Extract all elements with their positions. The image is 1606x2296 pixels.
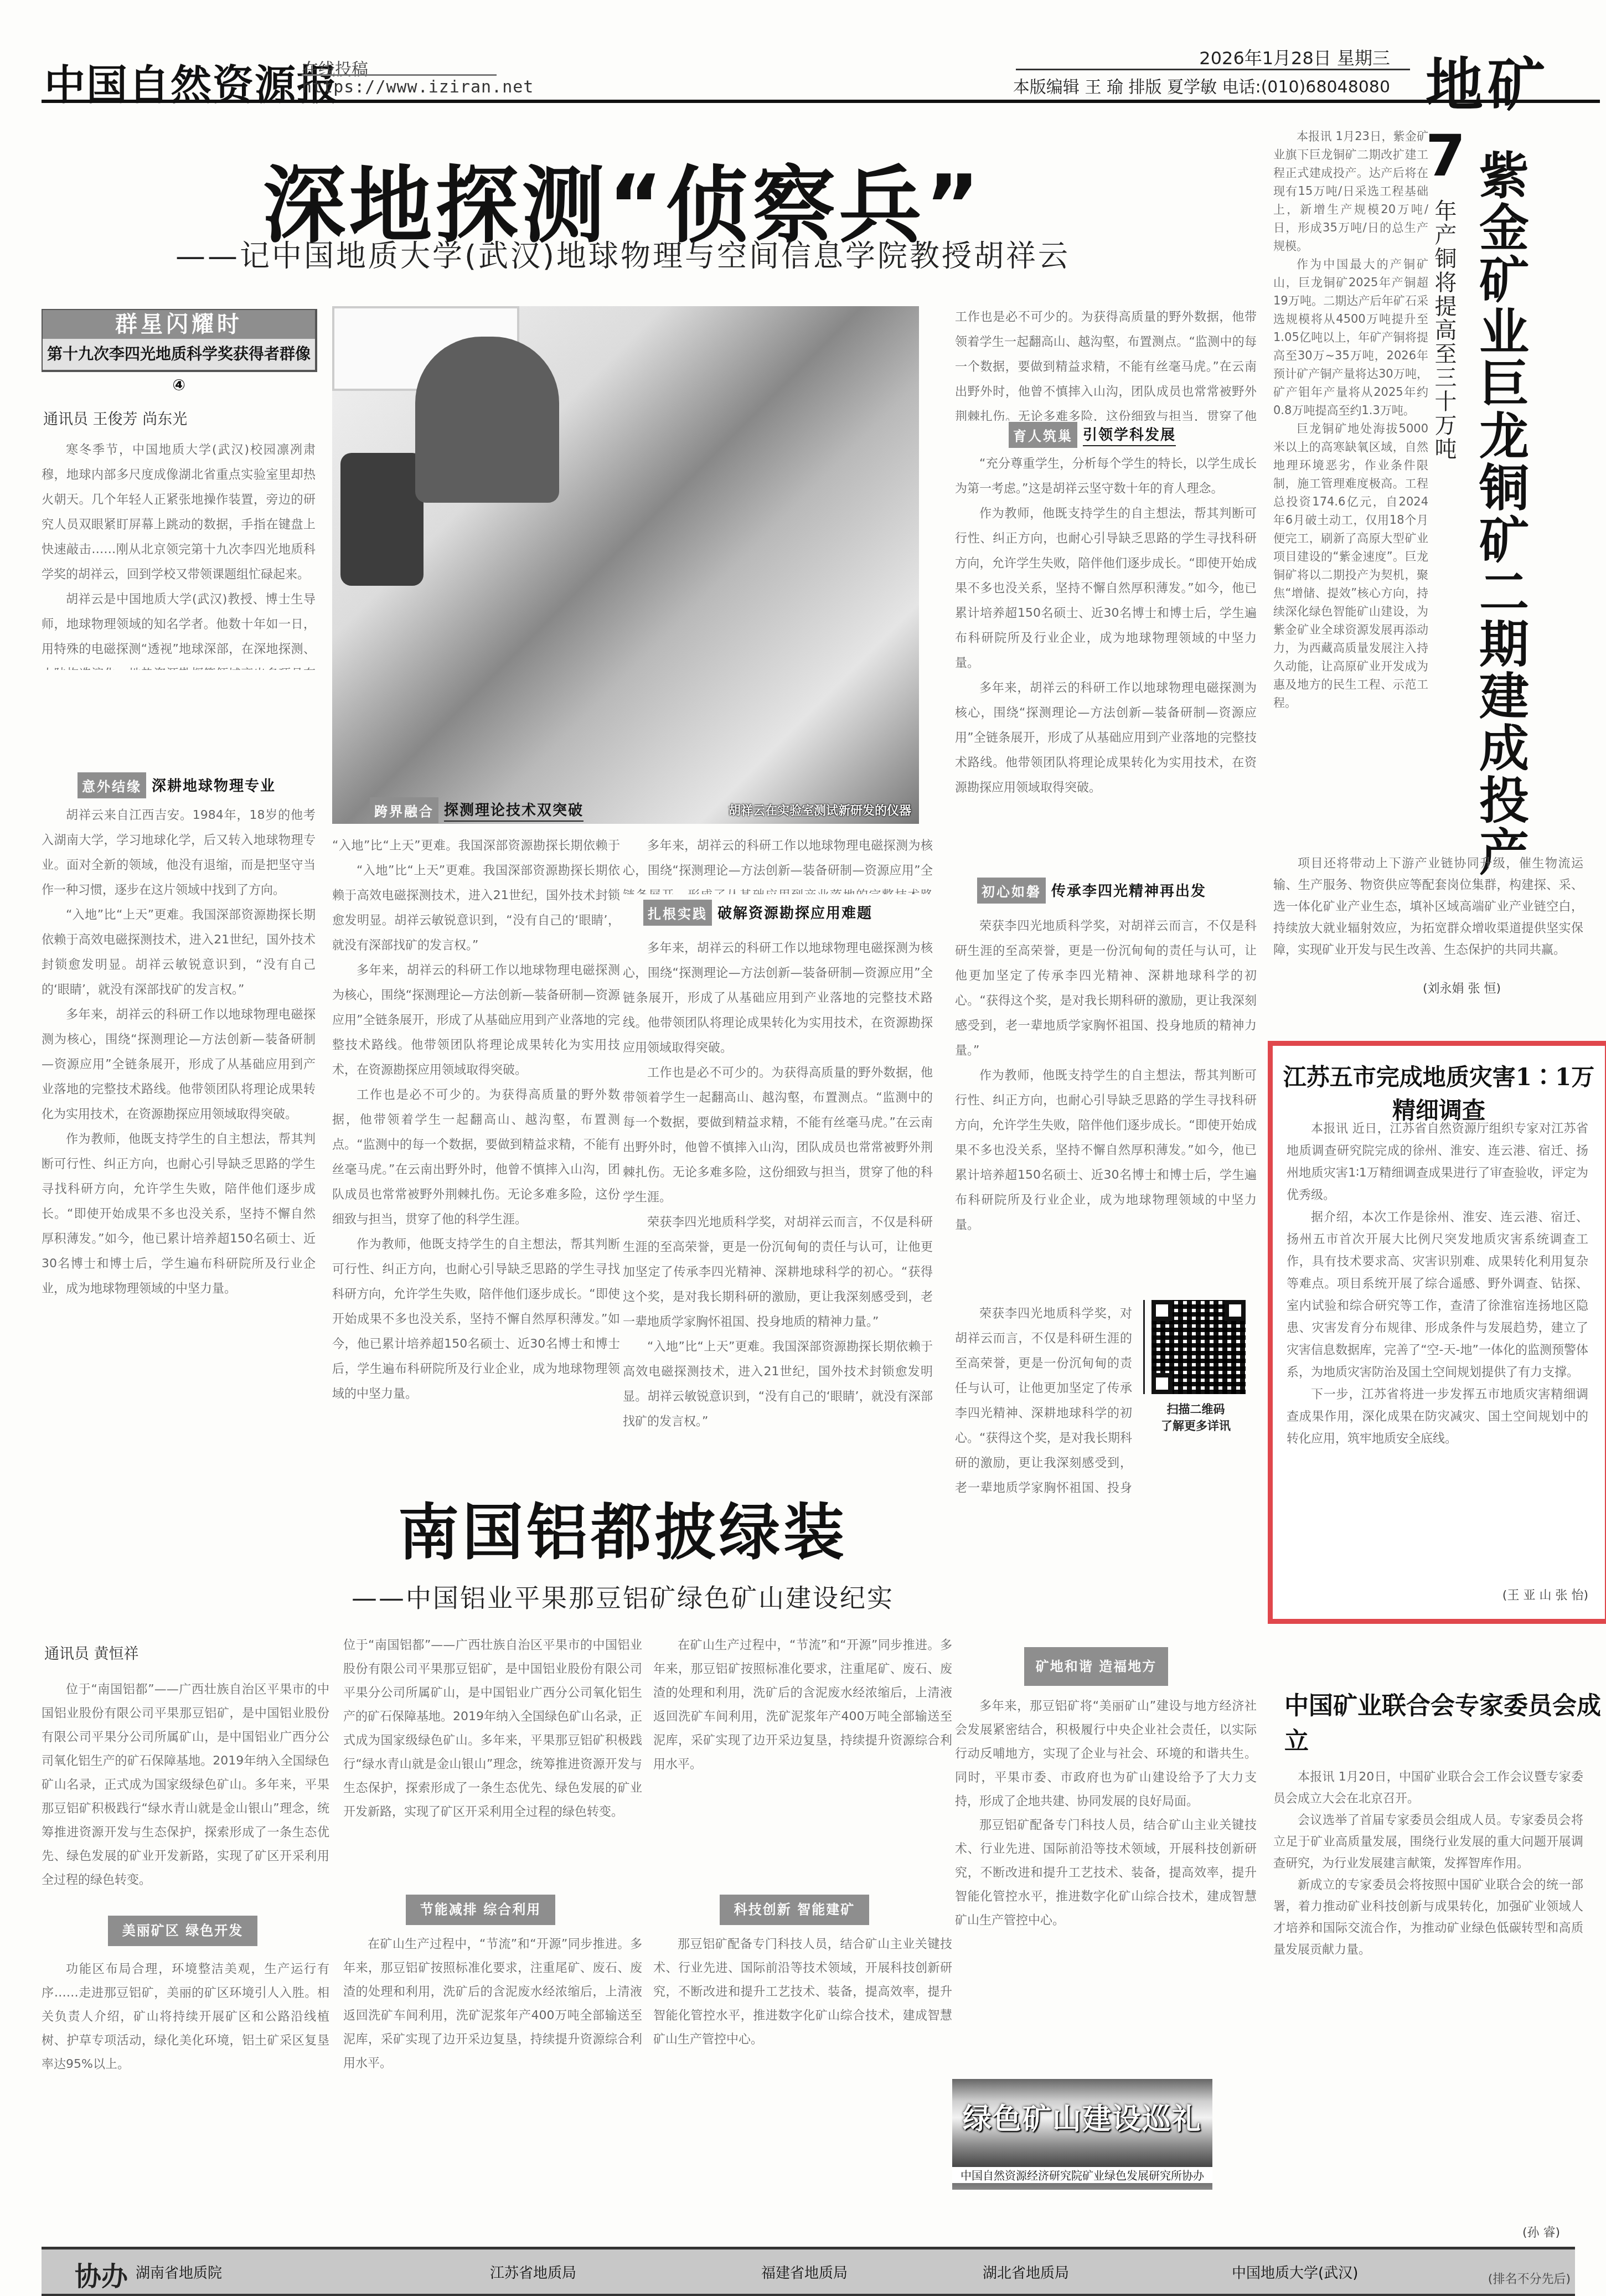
paragraph: “入地”比“上天”更难。我国深部资源勘探长期依赖于高效电磁探测技术，进入21世纪… xyxy=(623,1334,933,1434)
divider xyxy=(302,74,497,76)
paragraph: 作为教师，他既支持学生的自主想法，帮其判断可行性、纠正方向，也耐心引导缺乏思路的… xyxy=(42,1127,316,1301)
paragraph: 本报讯 1月23日，紫金矿业旗下巨龙铜矿二期改扩建工程正式建成投产。达产后将在现… xyxy=(1273,127,1428,255)
article-column: “充分尊重学生，分析每个学生的特长，以学生成长为第一考虑。”这是胡祥云坚守数十年… xyxy=(955,451,1257,878)
article-column: 在矿山生产过程中，“节流”和“开源”同步推进。多年来，那豆铝矿按照标准化要求，注… xyxy=(653,1633,952,1877)
article-column: 寒冬季节，中国地质大学(武汉)校园凛冽肃穆，地球内部多尺度成像湖北省重点实验室里… xyxy=(42,437,316,670)
paragraph: 作为中国最大的产铜矿山，巨龙铜矿2025年产铜超19万吨。二期达产后年矿石采选规… xyxy=(1273,255,1428,420)
boxed-story-headline: 江苏五市完成地质灾害1∶1万精细调查 xyxy=(1273,1059,1605,1126)
paragraph: 工作也是必不可少的。为获得高质量的野外数据，他带领着学生一起翻高山、越沟壑，布置… xyxy=(623,1060,933,1210)
right-story-subheadline: 年产铜将提高至三十万吨 xyxy=(1428,199,1460,461)
paragraph: 作为教师，他既支持学生的自主想法，帮其判断可行性、纠正方向，也耐心引导缺乏思路的… xyxy=(332,1232,620,1406)
qr-code-pattern xyxy=(1151,1300,1246,1394)
footer-org: 湖北省地质局 xyxy=(983,2262,1069,2282)
section-title: 探测理论技术双突破 xyxy=(444,799,583,822)
footer-label: 协办 xyxy=(75,2255,128,2293)
paragraph: 据介绍，本次工作是徐州、淮安、连云港、宿迁、扬州五市首次开展大比例尺突发地质灾害… xyxy=(1287,1206,1588,1384)
article-column: 那豆铝矿配备专门科技人员，结合矿山主业关键技术、行业先进、国际前沿等技术领域，开… xyxy=(653,1932,952,2220)
qr-code[interactable] xyxy=(1143,1300,1246,1394)
footer-org: 江苏省地质局 xyxy=(490,2262,576,2282)
article-column: 位于“南国铝都”——广西壮族自治区平果市的中国铝业股份有限公司平果那豆铝矿，是中… xyxy=(343,1633,642,1877)
section-heading: 扎根实践 破解资源勘探应用难题 xyxy=(643,900,872,926)
byline: 通讯员 黄恒祥 xyxy=(44,1642,139,1663)
byline: 通讯员 王俊芳 尚东光 xyxy=(43,407,187,429)
section-tag: 育人筑巢 xyxy=(1009,422,1077,448)
paragraph: 多年来，那豆铝矿将“美丽矿山”建设与地方经济社会发展紧密结合，积极履行中央企业社… xyxy=(955,1694,1257,1813)
section-title: 传承李四光精神再出发 xyxy=(1051,880,1206,901)
author-credit: (孙 睿) xyxy=(1522,2223,1560,2240)
paragraph: 新成立的专家委员会将按照中国矿业联合会的统一部署，着力推动矿业科技创新与成果转化… xyxy=(1273,1874,1583,1960)
paragraph: 多年来，胡祥云的科研工作以地球物理电磁探测为核心，围绕“探测理论—方法创新—装备… xyxy=(623,936,933,1060)
article-column: 本报讯 1月20日，中国矿业联合会工作会议暨专家委员会成立大会在北京召开。 会议… xyxy=(1273,1766,1583,2220)
co-organizers-footer: 协办 湖南省地质院 江苏省地质局 福建省地质局 湖北省地质局 中国地质大学(武汉… xyxy=(42,2247,1575,2296)
series-banner: 群星闪耀时 第十九次李四光地质科学奖获得者群像④ xyxy=(42,309,317,372)
article-column: 本报讯 1月23日，紫金矿业旗下巨龙铜矿二期改扩建工程正式建成投产。达产后将在现… xyxy=(1273,127,1428,858)
section-tag: 跨界融合 xyxy=(370,797,438,823)
paragraph: 荣获李四光地质科学奖，对胡祥云而言，不仅是科研生涯的至高荣誉，更是一份沉甸甸的责… xyxy=(955,1301,1132,1506)
qr-finder xyxy=(1151,1373,1173,1394)
paragraph: 工作也是必不可少的。为获得高质量的野外数据，他带领着学生一起翻高山、越沟壑，布置… xyxy=(332,1082,620,1232)
section-tag: 节能减排 综合利用 xyxy=(406,1895,555,1925)
article-column: “入地”比“上天”更难。我国深部资源勘探长期依赖于高效电磁探测技术，进入21世纪… xyxy=(332,833,620,855)
paragraph: 作为教师，他既支持学生的自主想法，帮其判断可行性、纠正方向，也耐心引导缺乏思路的… xyxy=(955,501,1257,675)
qr-caption-line: 扫描二维码 xyxy=(1151,1401,1240,1417)
section-heading: 初心如磐 传承李四光精神再出发 xyxy=(977,878,1206,904)
section-heading: 意外结缘 深耕地球物理专业 xyxy=(78,772,276,798)
footer-org: 湖南省地质院 xyxy=(136,2262,222,2282)
qr-finder xyxy=(1151,1300,1173,1321)
paragraph: 那豆铝矿配备专门科技人员，结合矿山主业关键技术、行业先进、国际前沿等技术领域，开… xyxy=(653,1932,952,2051)
green-mine-promo-banner: 绿色矿山建设巡礼 中国自然资源经济研究院矿业绿色发展研究所协办 xyxy=(952,2079,1212,2190)
paragraph: 那豆铝矿配备专门科技人员，结合矿山主业关键技术、行业先进、国际前沿等技术领域，开… xyxy=(955,1813,1257,1932)
paragraph: 本报讯 近日，江苏省自然资源厅组织专家对江苏省地质调查研究院完成的徐州、淮安、连… xyxy=(1287,1118,1588,1206)
person-shape xyxy=(415,337,559,503)
article-column: 多年来，那豆铝矿将“美丽矿山”建设与地方经济社会发展紧密结合，积极履行中央企业社… xyxy=(955,1694,1257,2071)
paragraph: 巨龙铜矿地处海拔5000米以上的高寒缺氧区域，自然地理环境恶劣，作业条件限制，施… xyxy=(1273,420,1428,712)
series-title: 群星闪耀时 xyxy=(43,310,315,339)
lead-photo: 胡祥云在实验室测试新研发的仪器 xyxy=(332,306,919,824)
paragraph: 在矿山生产过程中，“节流”和“开源”同步推进。多年来，那豆铝矿按照标准化要求，注… xyxy=(653,1633,952,1776)
paragraph: 荣获李四光地质科学奖，对胡祥云而言，不仅是科研生涯的至高荣誉，更是一份沉甸甸的责… xyxy=(623,1210,933,1334)
section-tag: 美丽矿区 绿色开发 xyxy=(108,1916,257,1946)
paragraph: 作为教师，他既支持学生的自主想法，帮其判断可行性、纠正方向，也耐心引导缺乏思路的… xyxy=(955,1063,1257,1237)
paragraph: “充分尊重学生，分析每个学生的特长，以学生成长为第一考虑。”这是胡祥云坚守数十年… xyxy=(955,451,1257,501)
paragraph: 项目还将带动上下游产业链协同升级，催生物流运输、生产服务、物资供应等配套岗位集群… xyxy=(1273,853,1583,961)
section-name: 地矿 xyxy=(1426,51,1550,119)
article-column: 荣获李四光地质科学奖，对胡祥云而言，不仅是科研生涯的至高荣誉，更是一份沉甸甸的责… xyxy=(955,1301,1132,1506)
paragraph: 功能区布局合理，环境整洁美观，生产运行有序……走进那豆铝矿，美丽的矿区环境引人入… xyxy=(42,1957,329,2076)
paragraph: 工作也是必不可少的。为获得高质量的野外数据，他带领着学生一起翻高山、越沟壑，布置… xyxy=(955,305,1257,421)
section-title: 引领学科发展 xyxy=(1083,424,1176,446)
paragraph: 在矿山生产过程中，“节流”和“开源”同步推进。多年来，那豆铝矿按照标准化要求，注… xyxy=(343,1932,642,2075)
paragraph: 荣获李四光地质科学奖，对胡祥云而言，不仅是科研生涯的至高荣誉，更是一份沉甸甸的责… xyxy=(955,914,1257,1063)
author-credit: (王 亚 山 张 怡) xyxy=(1502,1586,1588,1603)
submission-url-link[interactable]: https://www.iziran.net xyxy=(302,78,534,97)
paragraph: 下一步，江苏省将进一步发挥五市地质灾害精细调查成果作用，深化成果在防灾减灾、国土… xyxy=(1287,1384,1588,1450)
section-tag: 矿地和谐 造福地方 xyxy=(1024,1647,1168,1686)
article-column: “入地”比“上天”更难。我国深部资源勘探长期依赖于高效电磁探测技术，进入21世纪… xyxy=(332,858,620,1506)
paragraph: 多年来，胡祥云的科研工作以地球物理电磁探测为核心，围绕“探测理论—方法创新—装备… xyxy=(332,958,620,1082)
article-column: 胡祥云来自江西吉安。1984年，18岁的他考入湖南大学，学习地球化学，后又转入地… xyxy=(42,803,316,1506)
article-column: 荣获李四光地质科学奖，对胡祥云而言，不仅是科研生涯的至高荣誉，更是一份沉甸甸的责… xyxy=(955,914,1257,1301)
promo-title: 绿色矿山建设巡礼 xyxy=(952,2096,1212,2137)
article-column: 工作也是必不可少的。为获得高质量的野外数据，他带领着学生一起翻高山、越沟壑，布置… xyxy=(955,305,1257,421)
editors-info: 本版编辑 王 瑜 排版 夏学敏 电话:(010)68048080 xyxy=(1013,73,1390,97)
masthead-rule xyxy=(42,100,1600,103)
section-heading: 跨界融合 探测理论技术双突破 xyxy=(370,797,583,823)
article-column: 位于“南国铝都”——广西壮族自治区平果市的中国铝业股份有限公司平果那豆铝矿，是中… xyxy=(42,1678,329,1893)
paragraph: “入地”比“上天”更难。我国深部资源勘探长期依赖于高效电磁探测技术，进入21世纪… xyxy=(332,858,620,958)
paragraph: 胡祥云是中国地质大学(武汉)教授、博士生导师，地球物理领域的知名学者。他数十年如… xyxy=(42,587,316,670)
boxed-story: 江苏五市完成地质灾害1∶1万精细调查 本报讯 近日，江苏省自然资源厅组织专家对江… xyxy=(1268,1041,1606,1624)
promo-sponsor: 中国自然资源经济研究院矿业绿色发展研究所协办 xyxy=(952,2167,1212,2183)
footer-org: 福建省地质局 xyxy=(761,2262,848,2282)
lower-right-headline: 中国矿业联合会专家委员会成立 xyxy=(1284,1686,1606,1757)
article-column: 在矿山生产过程中，“节流”和“开源”同步推进。多年来，那豆铝矿按照标准化要求，注… xyxy=(343,1932,642,2220)
article-column: 多年来，胡祥云的科研工作以地球物理电磁探测为核心，围绕“探测理论—方法创新—装备… xyxy=(623,936,933,1506)
paragraph: 会议选举了首届专家委员会组成人员。专家委员会将立足于矿业高质量发展，围绕行业发展… xyxy=(1273,1809,1583,1874)
chair-shape xyxy=(340,453,424,586)
paragraph: 多年来，胡祥云的科研工作以地球物理电磁探测为核心，围绕“探测理论—方法创新—装备… xyxy=(42,1002,316,1127)
qr-caption-line: 了解更多详讯 xyxy=(1151,1417,1240,1434)
divider xyxy=(1016,69,1410,70)
article-column: 本报讯 近日，江苏省自然资源厅组织专家对江苏省地质调查研究院完成的徐州、淮安、连… xyxy=(1287,1118,1588,1572)
section-tag: 初心如磐 xyxy=(977,878,1046,904)
right-story-headline: 紫金矿业巨龙铜矿二期建成投产 xyxy=(1462,149,1528,878)
section-tag: 意外结缘 xyxy=(78,772,146,798)
footer-org: 中国地质大学(武汉) xyxy=(1232,2262,1358,2282)
second-subheadline: ——中国铝业平果那豆铝矿绿色矿山建设纪实 xyxy=(0,1578,1246,1614)
paragraph: 本报讯 1月20日，中国矿业联合会工作会议暨专家委员会成立大会在北京召开。 xyxy=(1273,1766,1583,1809)
section-tag: 扎根实践 xyxy=(643,900,712,926)
paragraph: 多年来，胡祥云的科研工作以地球物理电磁探测为核心，围绕“探测理论—方法创新—装备… xyxy=(623,833,933,894)
qr-caption: 扫描二维码 了解更多详讯 xyxy=(1151,1401,1240,1434)
paragraph: 寒冬季节，中国地质大学(武汉)校园凛冽肃穆，地球内部多尺度成像湖北省重点实验室里… xyxy=(42,437,316,587)
article-column: 功能区布局合理，环境整洁美观，生产运行有序……走进那豆铝矿，美丽的矿区环境引人入… xyxy=(42,1957,329,2223)
photo-caption: 胡祥云在实验室测试新研发的仪器 xyxy=(729,801,911,818)
paragraph: 位于“南国铝都”——广西壮族自治区平果市的中国铝业股份有限公司平果那豆铝矿，是中… xyxy=(343,1633,642,1824)
section-title: 破解资源勘探应用难题 xyxy=(717,902,872,923)
article-column: 多年来，胡祥云的科研工作以地球物理电磁探测为核心，围绕“探测理论—方法创新—装备… xyxy=(623,833,933,894)
online-submission-label: 在线投稿 xyxy=(302,55,368,80)
qr-finder xyxy=(1225,1300,1246,1321)
paragraph: “入地”比“上天”更难。我国深部资源勘探长期依赖于高效电磁探测技术，进入21世纪… xyxy=(332,833,620,855)
series-subtitle: 第十九次李四光地质科学奖获得者群像④ xyxy=(43,339,315,370)
section-heading: 育人筑巢 引领学科发展 xyxy=(1009,422,1176,448)
section-title: 深耕地球物理专业 xyxy=(152,775,276,796)
author-credit: (刘永娟 张 恒) xyxy=(1423,979,1501,996)
footer-note: (排名不分先后) xyxy=(1488,2269,1571,2287)
issue-date: 2026年1月28日 星期三 xyxy=(1199,44,1390,70)
paragraph: 多年来，胡祥云的科研工作以地球物理电磁探测为核心，围绕“探测理论—方法创新—装备… xyxy=(955,675,1257,800)
second-headline: 南国铝都披绿装 xyxy=(0,1484,1246,1571)
lead-subheadline: ——记中国地质大学(武汉)地球物理与空间信息学院教授胡祥云 xyxy=(0,233,1246,275)
paragraph: 胡祥云来自江西吉安。1984年，18岁的他考入湖南大学，学习地球化学，后又转入地… xyxy=(42,803,316,902)
article-column: 项目还将带动上下游产业链协同升级，催生物流运输、生产服务、物资供应等配套岗位集群… xyxy=(1273,853,1583,974)
paragraph: 位于“南国铝都”——广西壮族自治区平果市的中国铝业股份有限公司平果那豆铝矿，是中… xyxy=(42,1678,329,1892)
paragraph: “入地”比“上天”更难。我国深部资源勘探长期依赖于高效电磁探测技术，进入21世纪… xyxy=(42,902,316,1002)
section-tag: 科技创新 智能建矿 xyxy=(720,1895,869,1925)
